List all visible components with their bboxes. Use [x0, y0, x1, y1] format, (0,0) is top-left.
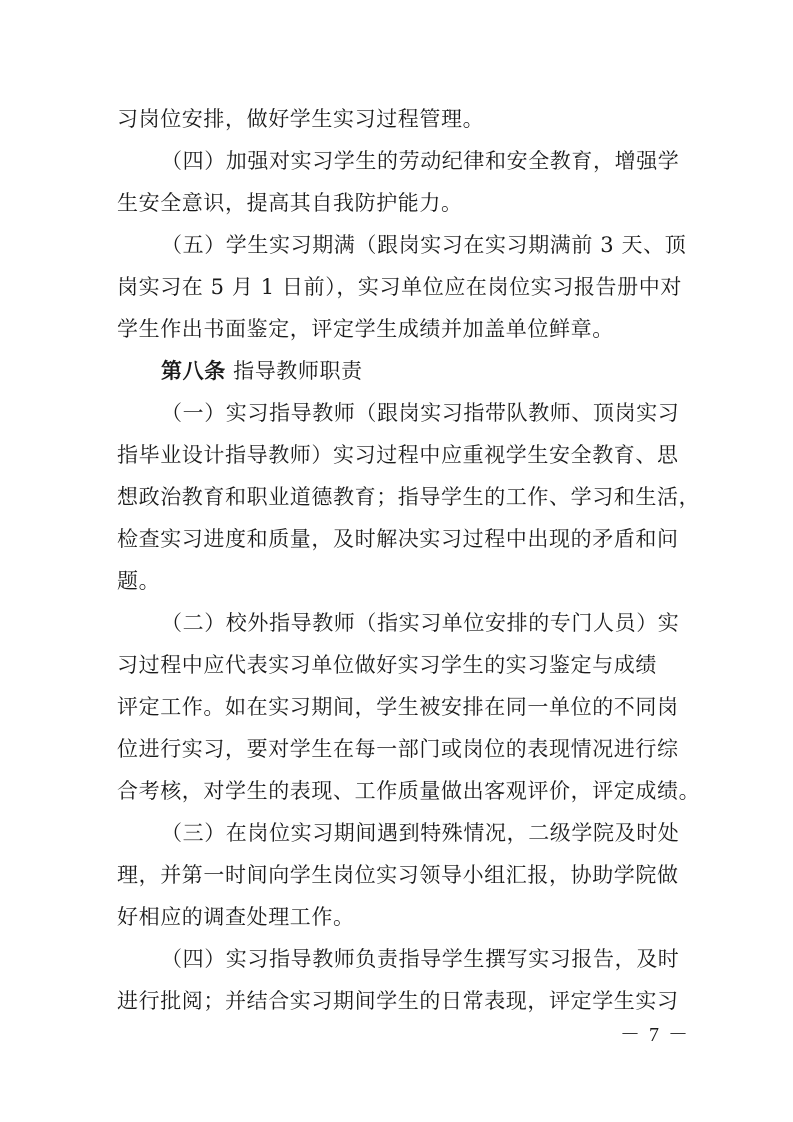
paragraph-line: （四）实习指导教师负责指导学生撰写实习报告，及时 — [117, 938, 665, 980]
paragraph-line: 习过程中应代表实习单位做好实习学生的实习鉴定与成绩 — [117, 644, 665, 686]
paragraph-line: 指毕业设计指导教师）实习过程中应重视学生安全教育、思 — [117, 434, 665, 476]
paragraph-line: （四）加强对实习学生的劳动纪律和安全教育，增强学 — [117, 140, 665, 182]
article-number: 第八条 — [161, 359, 226, 383]
paragraph-line: 检查实习进度和质量，及时解决实习过程中出现的矛盾和问 — [117, 518, 665, 560]
paragraph-line: 好相应的调查处理工作。 — [117, 896, 665, 938]
article-heading: 第八条 指导教师职责 — [117, 350, 665, 392]
paragraph-line: （二）校外指导教师（指实习单位安排的专门人员）实 — [117, 602, 665, 644]
paragraph-line: 习岗位安排，做好学生实习过程管理。 — [117, 98, 665, 140]
paragraph-line: 合考核，对学生的表现、工作质量做出客观评价，评定成绩。 — [117, 770, 665, 812]
paragraph-line: （三）在岗位实习期间遇到特殊情况，二级学院及时处 — [117, 812, 665, 854]
paragraph-line: 题。 — [117, 560, 665, 602]
article-title: 指导教师职责 — [233, 359, 363, 383]
paragraph-line: 评定工作。如在实习期间，学生被安排在同一单位的不同岗 — [117, 686, 665, 728]
paragraph-line: （一）实习指导教师（跟岗实习指带队教师、顶岗实习 — [117, 392, 665, 434]
paragraph-line: 生安全意识，提高其自我防护能力。 — [117, 182, 665, 224]
paragraph-line: 理，并第一时间向学生岗位实习领导小组汇报，协助学院做 — [117, 854, 665, 896]
paragraph-line: 位进行实习，要对学生在每一部门或岗位的表现情况进行综 — [117, 728, 665, 770]
paragraph-line: 学生作出书面鉴定，评定学生成绩并加盖单位鲜章。 — [117, 308, 665, 350]
paragraph-line: 进行批阅；并结合实习期间学生的日常表现，评定学生实习 — [117, 980, 665, 1022]
paragraph-line: 岗实习在 5 月 1 日前），实习单位应在岗位实习报告册中对 — [117, 266, 665, 308]
page-number: － 7 － — [620, 1018, 690, 1047]
document-page: 习岗位安排，做好学生实习过程管理。 （四）加强对实习学生的劳动纪律和安全教育，增… — [117, 98, 665, 1022]
paragraph-line: 想政治教育和职业道德教育；指导学生的工作、学习和生活， — [117, 476, 665, 518]
paragraph-line: （五）学生实习期满（跟岗实习在实习期满前 3 天、顶 — [117, 224, 665, 266]
